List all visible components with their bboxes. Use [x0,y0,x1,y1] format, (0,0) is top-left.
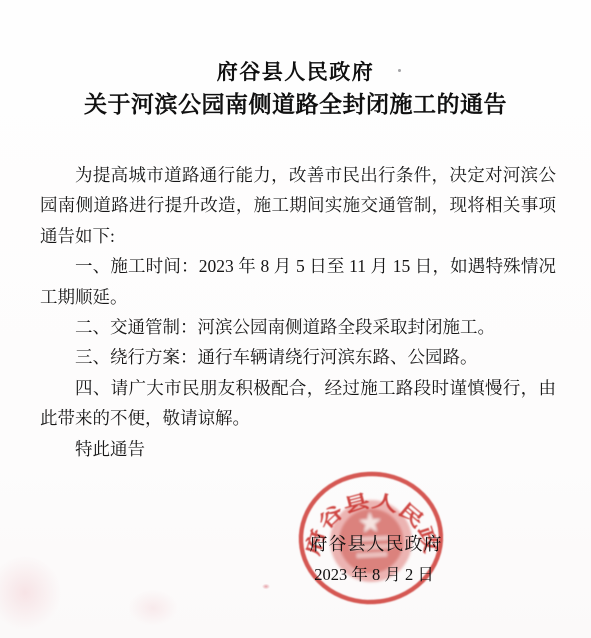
notice-item-2: 二、交通管制：河滨公园南侧道路全段采取封闭施工。 [40,312,556,342]
notice-paragraph-intro: 为提高城市道路通行能力，改善市民出行条件，决定对河滨公园南侧道路进行提升改造，施… [40,160,556,251]
issuer-title: 府谷县人民政府 [0,56,591,86]
signature-text: 府谷县人民政府 [304,530,448,556]
notice-page: 府谷县人民政府 关于河滨公园南侧道路全封闭施工的通告 为提高城市道路通行能力，改… [0,0,591,638]
date-text: 2023 年 8 月 2 日 [302,561,446,585]
ink-smudge [0,540,75,638]
notice-body: 为提高城市道路通行能力，改善市民出行条件，决定对河滨公园南侧道路进行提升改造，施… [40,160,556,464]
notice-item-4: 四、请广大市民朋友积极配合，经过施工路段时谨慎慢行，由此带来的不便，敬请谅解。 [40,373,556,434]
notice-item-1: 一、施工时间：2023 年 8 月 5 日至 11 月 15 日，如遇特殊情况工… [40,251,556,312]
notice-item-3: 三、绕行方案：通行车辆请绕行河滨东路、公园路。 [40,342,556,372]
ink-smudge [118,582,188,634]
closing-text: 特此通告 [40,434,556,464]
scan-speck [398,69,401,72]
notice-title: 关于河滨公园南侧道路全封闭施工的通告 [0,86,591,119]
ink-smudge [261,583,271,590]
